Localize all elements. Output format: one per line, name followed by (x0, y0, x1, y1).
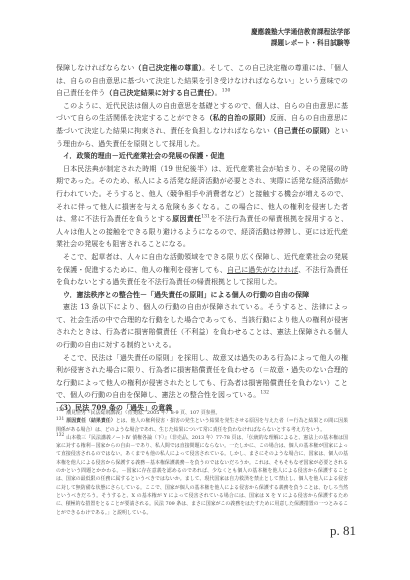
footnote-divider (56, 402, 156, 403)
subheading-i: イ．政策的理由－近代産業社会の発展の保護・促進 (56, 150, 348, 163)
page-number: p. 81 (330, 523, 356, 539)
footnote-ref[interactable]: 130 (222, 89, 231, 94)
paragraph: そこで、民法は「過失責任の原則」を採用し、故意又は過失のある行為によって他人の権… (56, 352, 348, 402)
paragraph: そこで、起草者は、人々に自由な活動領域をできる限り広く保障し、近代産業社会の発展… (56, 251, 348, 289)
footnote-ref[interactable]: 132 (260, 391, 269, 396)
main-text: 保障しなければならない（自己決定権の尊重）。そして、この自己決定権の尊重には、「… (56, 62, 348, 415)
footnote: 130潮見佳男『民法総則講義』（有斐閣、2005 年）8-9 頁、107 頁参照… (56, 409, 348, 417)
footnote: 132山本敬三『民法講義ノートⅣ 債権各論（下）』（非売品、2013 年）77-… (56, 434, 348, 517)
footnote-ref[interactable]: 131 (201, 215, 210, 220)
paragraph: 憲法 13 条以下により、個人の行動の自由が保障されている。そうすると、法律によ… (56, 301, 348, 351)
paragraph: 保障しなければならない（自己決定権の尊重）。そして、この自己決定権の尊重には、「… (56, 62, 348, 100)
footnote: 131原因責任（結果責任）とは、他人の権利侵害・損害の発生という結果を発生させる… (56, 417, 348, 434)
document-type: 課題レポート・科目試験等 (251, 38, 350, 49)
page-header: 慶應義塾大学通信教育課程法学部 課題レポート・科目試験等 (251, 27, 350, 49)
footnotes: 130潮見佳男『民法総則講義』（有斐閣、2005 年）8-9 頁、107 頁参照… (56, 409, 348, 517)
paragraph: このように、近代民法は個人の自由意思を基礎とするので、個人は、自らの自由意思に基… (56, 100, 348, 150)
subheading-u: ウ．憲法秩序との整合性－「過失責任の原則」による個人の行動の自由の保障 (56, 289, 348, 302)
paragraph: 日本民法典が制定された時期（19 世紀後半）は、近代産業社会が始まり、その発展の… (56, 163, 348, 251)
institution-name: 慶應義塾大学通信教育課程法学部 (251, 27, 350, 38)
